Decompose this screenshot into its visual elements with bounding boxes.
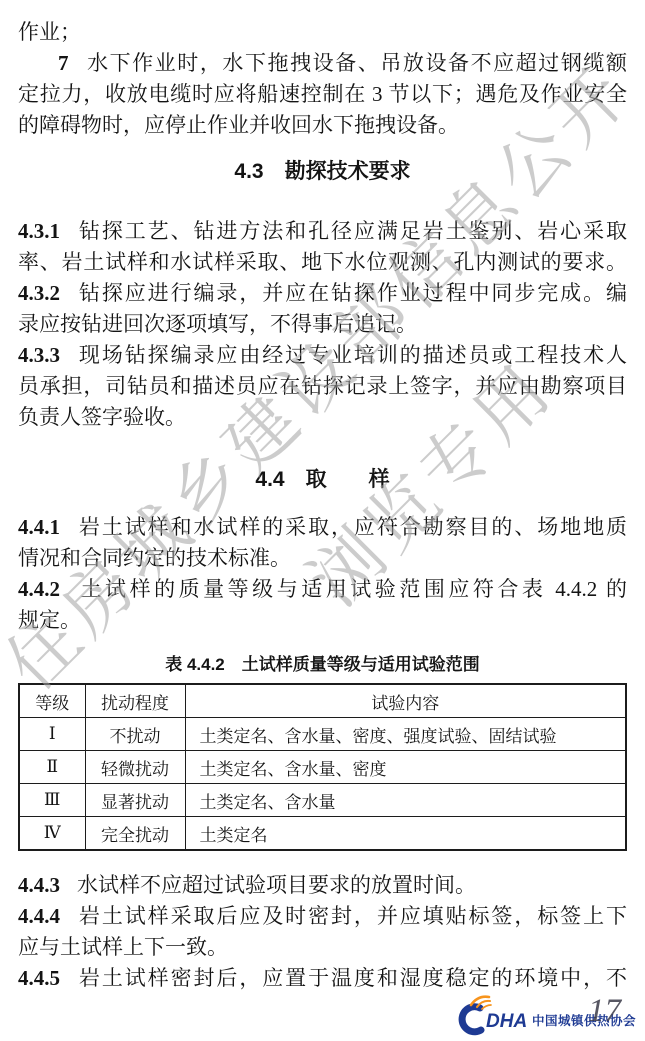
clause-4-4-4-line-1: 4.4.4岩土试样采取后应及时密封，并应填贴标签，标签上下 [18, 901, 627, 932]
cell-test-content: 土类定名、含水量、密度 [185, 751, 626, 784]
cell-disturbance: 不扰动 [85, 718, 185, 751]
table-row: Ⅰ 不扰动 土类定名、含水量、密度、强度试验、固结试验 [19, 718, 626, 751]
clause-4-3-3: 4.3.3现场钻探编录应由经过专业培训的描述员或工程技术人 员承担，司钻员和描述… [18, 340, 627, 433]
cell-disturbance: 显著扰动 [85, 784, 185, 817]
clause-4-4-2: 4.4.2土试样的质量等级与适用试验范围应符合表 4.4.2 的 规定。 [18, 574, 627, 636]
clause-4-4-3: 4.4.3水试样不应超过试验项目要求的放置时间。 [18, 870, 627, 901]
clause-number: 4.4.4 [18, 904, 60, 928]
clause-number: 4.4.1 [18, 515, 60, 539]
document-body: 作业； 7水下作业时，水下拖拽设备、吊放设备不应超过钢缆额 定拉力，收放电缆时应… [0, 0, 645, 994]
clause-4-3-3-line-1: 4.3.3现场钻探编录应由经过专业培训的描述员或工程技术人 [18, 340, 627, 371]
cell-disturbance: 轻微扰动 [85, 751, 185, 784]
clause-4-4-4-line-2: 应与土试样上下一致。 [18, 932, 627, 963]
clause-4-4-1: 4.4.1岩土试样和水试样的采取，应符合勘察目的、场地地质 情况和合同约定的技术… [18, 512, 627, 574]
clause-number: 4.4.3 [18, 873, 60, 897]
clause-4-3-3-line-3: 负责人签字验收。 [18, 402, 627, 433]
clause-7-line-2: 定拉力，收放电缆时应将船速控制在 3 节以下；遇危及作业安全 [18, 79, 627, 110]
table-header-row: 等级 扰动程度 试验内容 [19, 684, 626, 718]
section-heading-4-3: 4.3 勘探技术要求 [18, 157, 627, 187]
clause-4-3-2-line-1: 4.3.2钻探应进行编录，并应在钻探作业过程中同步完成。编 [18, 278, 627, 309]
clause-number: 7 [58, 51, 69, 75]
cell-test-content: 土类定名 [185, 817, 626, 851]
cell-grade: Ⅱ [19, 751, 85, 784]
clause-number: 4.3.2 [18, 281, 60, 305]
header-cell-disturbance: 扰动程度 [85, 684, 185, 718]
clause-4-3-3-line-2: 员承担，司钻员和描述员应在钻探记录上签字，并应由勘察项目 [18, 371, 627, 402]
cell-grade: Ⅳ [19, 817, 85, 851]
logo-c-swoosh-icon [462, 1007, 481, 1032]
clause-4-4-1-line-2: 情况和合同约定的技术标准。 [18, 543, 627, 574]
table-row: Ⅳ 完全扰动 土类定名 [19, 817, 626, 851]
clause-4-3-1-line-1: 4.3.1钻探工艺、钻进方法和孔径应满足岩土鉴别、岩心采取 [18, 216, 627, 247]
cell-grade: Ⅲ [19, 784, 85, 817]
sample-quality-table: 等级 扰动程度 试验内容 Ⅰ 不扰动 土类定名、含水量、密度、强度试验、固结试验… [18, 683, 627, 851]
table-row: Ⅱ 轻微扰动 土类定名、含水量、密度 [19, 751, 626, 784]
text-line-intro: 作业； [18, 17, 627, 48]
clause-4-4-3-line-1: 4.4.3水试样不应超过试验项目要求的放置时间。 [18, 870, 627, 901]
clause-number: 4.3.1 [18, 219, 60, 243]
table-caption: 表 4.4.2 土试样质量等级与适用试验范围 [18, 653, 627, 676]
page-number: 17 [588, 993, 621, 1030]
clause-7-line-3: 的障碍物时，应停止作业并收回水下拖拽设备。 [18, 110, 627, 141]
section-heading-4-4: 4.4 取 样 [18, 465, 627, 495]
cell-test-content: 土类定名、含水量 [185, 784, 626, 817]
clause-4-4-5-line-1: 4.4.5岩土试样密封后，应置于温度和湿度稳定的环境中，不 [18, 963, 627, 994]
header-cell-test-content: 试验内容 [185, 684, 626, 718]
clause-4-3-2-line-2: 录应按钻进回次逐项填写，不得事后追记。 [18, 309, 627, 340]
clause-number: 4.4.2 [18, 577, 60, 601]
header-cell-grade: 等级 [19, 684, 85, 718]
cell-test-content: 土类定名、含水量、密度、强度试验、固结试验 [185, 718, 626, 751]
clause-4-3-2: 4.3.2钻探应进行编录，并应在钻探作业过程中同步完成。编 录应按钻进回次逐项填… [18, 278, 627, 340]
clause-number: 4.4.5 [18, 966, 60, 990]
clause-4-3-1: 4.3.1钻探工艺、钻进方法和孔径应满足岩土鉴别、岩心采取 率、岩土试样和水试样… [18, 216, 627, 278]
clause-number: 4.3.3 [18, 343, 60, 367]
cell-disturbance: 完全扰动 [85, 817, 185, 851]
table-row: Ⅲ 显著扰动 土类定名、含水量 [19, 784, 626, 817]
logo-acronym: DHA [486, 1011, 527, 1032]
clause-4-4-2-line-1: 4.4.2土试样的质量等级与适用试验范围应符合表 4.4.2 的 [18, 574, 627, 605]
cell-grade: Ⅰ [19, 718, 85, 751]
clause-4-4-1-line-1: 4.4.1岩土试样和水试样的采取，应符合勘察目的、场地地质 [18, 512, 627, 543]
clause-7-line-1: 7水下作业时，水下拖拽设备、吊放设备不应超过钢缆额 [18, 48, 627, 79]
clause-4-3-1-line-2: 率、岩土试样和水试样采取、地下水位观测、孔内测试的要求。 [18, 247, 627, 278]
clause-4-4-5: 4.4.5岩土试样密封后，应置于温度和湿度稳定的环境中，不 [18, 963, 627, 994]
clause-4-4-4: 4.4.4岩土试样采取后应及时密封，并应填贴标签，标签上下 应与土试样上下一致。 [18, 901, 627, 963]
clause-4-4-2-line-2: 规定。 [18, 605, 627, 636]
document-page: 作业； 7水下作业时，水下拖拽设备、吊放设备不应超过钢缆额 定拉力，收放电缆时应… [0, 0, 645, 1041]
